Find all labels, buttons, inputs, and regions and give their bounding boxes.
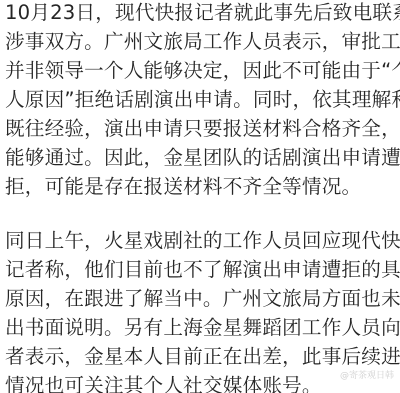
text-line: 拒，可能是存在报送材料不齐全等情况。: [5, 172, 400, 201]
text-line: 人原因”拒绝话剧演出申请。同时，依其理解和: [5, 85, 400, 114]
text-line: 者表示，金星本人目前正在出差，此事后续进展: [5, 342, 400, 371]
text-line: 既往经验，演出申请只要报送材料合格齐全，就: [5, 114, 400, 143]
paragraph-1: 10月23日，现代快报记者就此事先后致电联系了 涉事双方。广州文旅局工作人员表示…: [5, 0, 400, 201]
text-line: 出书面说明。另有上海金星舞蹈团工作人员向记: [5, 313, 400, 342]
text-line: 原因，在跟进了解当中。广州文旅局方面也未给: [5, 284, 400, 313]
text-line: 记者称，他们目前也不了解演出申请遭拒的具体: [5, 255, 400, 284]
text-line: 涉事双方。广州文旅局工作人员表示，审批工作: [5, 27, 400, 56]
text-line: 并非领导一个人能够决定，因此不可能由于“个: [5, 56, 400, 85]
watermark: @寄茶观日韩: [340, 368, 394, 381]
text-line: 能够通过。因此，金星团队的话剧演出申请遭: [5, 143, 400, 172]
text-line: 10月23日，现代快报记者就此事先后致电联系了: [5, 0, 400, 27]
text-line: 同日上午，火星戏剧社的工作人员回应现代快报: [5, 226, 400, 255]
